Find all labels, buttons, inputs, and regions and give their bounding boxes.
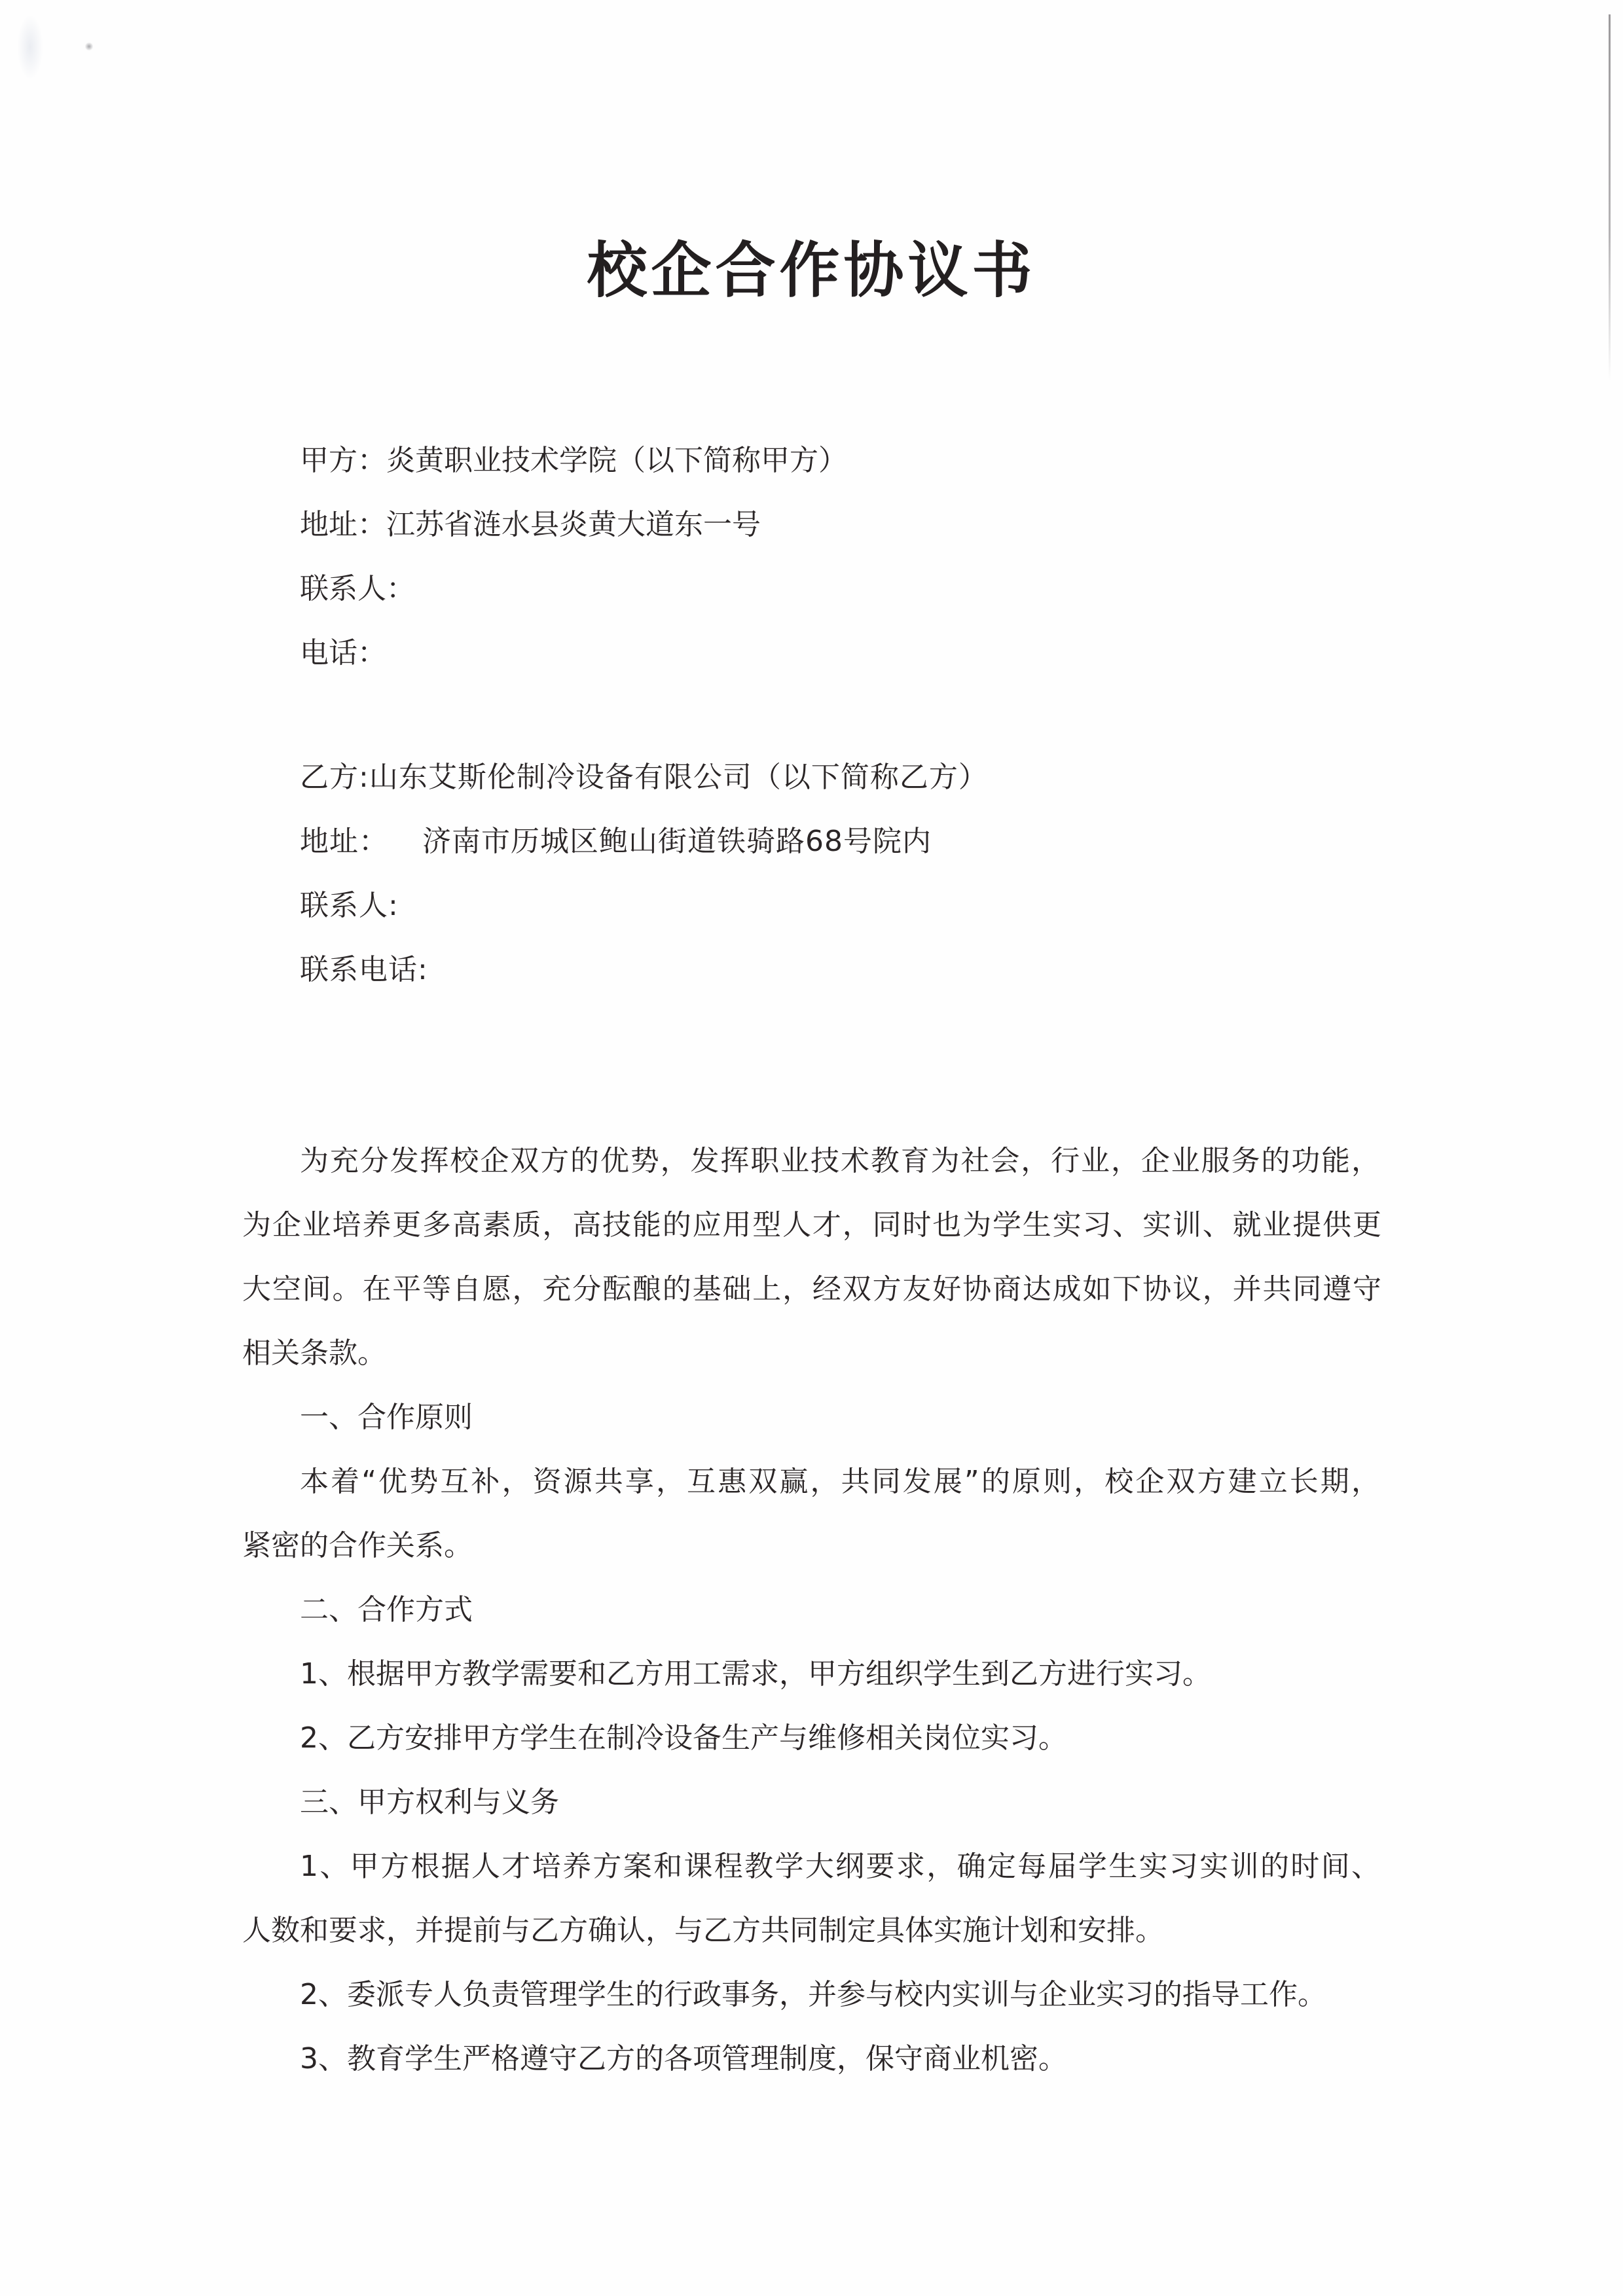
party-a-name-label: 甲方： xyxy=(300,444,386,477)
party-b-name-line: 乙方:山东艾斯伦制冷设备有限公司（以下简称乙方） xyxy=(300,763,988,792)
preamble-line-3: 大空间。在平等自愿，充分酝酿的基础上，经双方友好协商达成如下协议，并共同遵守 xyxy=(242,1275,1381,1308)
section-3-heading: 三、甲方权利与义务 xyxy=(300,1788,559,1817)
section-2-heading: 二、合作方式 xyxy=(300,1596,473,1624)
scan-edge-artifact xyxy=(1609,14,1611,381)
party-b-contact-line: 联系人: xyxy=(300,891,399,920)
section-2-item-1: 1、根据甲方教学需要和乙方用工需求，甲方组织学生到乙方进行实习。 xyxy=(300,1660,1211,1689)
party-a-contact-line: 联系人： xyxy=(300,575,415,603)
section-1-line-2: 紧密的合作关系。 xyxy=(242,1532,473,1560)
party-b-phone-line: 联系电话: xyxy=(300,956,428,984)
section-3-item-3: 3、教育学生严格遵守乙方的各项管理制度，保守商业机密。 xyxy=(300,2045,1067,2073)
party-b-contact-label: 联系人: xyxy=(300,889,399,922)
preamble-line-1: 为充分发挥校企双方的优势，发挥职业技术教育为社会，行业，企业服务的功能， xyxy=(300,1147,1380,1179)
party-a-name-value: 炎黄职业技术学院（以下简称甲方） xyxy=(386,444,847,477)
party-a-phone-label: 电话： xyxy=(300,636,386,670)
party-a-address-value: 江苏省涟水县炎黄大道东一号 xyxy=(386,508,761,541)
section-1-heading: 一、合作原则 xyxy=(300,1403,473,1432)
party-a-phone-line: 电话： xyxy=(300,639,386,668)
section-1-line-1: 本着“优势互补，资源共享，互惠双赢，共同发展”的原则，校企双方建立长期， xyxy=(300,1467,1380,1500)
scan-smudge-artifact xyxy=(17,14,43,80)
document-title: 校企合作协议书 xyxy=(0,241,1623,301)
party-b-address-line: 地址：济南市历城区鲍山街道铁骑路68号院内 xyxy=(300,827,932,856)
scan-speck-artifact xyxy=(85,42,93,51)
document-page: 校企合作协议书 甲方：炎黄职业技术学院（以下简称甲方） 地址：江苏省涟水县炎黄大… xyxy=(0,0,1623,2296)
section-3-item-2: 2、委派专人负责管理学生的行政事务，并参与校内实训与企业实习的指导工作。 xyxy=(300,1981,1326,2009)
party-b-name-value: 山东艾斯伦制冷设备有限公司（以下简称乙方） xyxy=(369,761,988,794)
preamble-line-4: 相关条款。 xyxy=(242,1339,386,1368)
party-a-address-label: 地址： xyxy=(300,508,386,541)
party-a-contact-label: 联系人： xyxy=(300,572,415,605)
party-b-address-label: 地址： xyxy=(300,825,388,858)
party-b-address-value: 济南市历城区鲍山街道铁骑路68号院内 xyxy=(422,825,932,858)
party-a-name-line: 甲方：炎黄职业技术学院（以下简称甲方） xyxy=(300,446,847,475)
party-a-address-line: 地址：江苏省涟水县炎黄大道东一号 xyxy=(300,511,761,539)
section-2-item-2: 2、乙方安排甲方学生在制冷设备生产与维修相关岗位实习。 xyxy=(300,1724,1067,1753)
section-3-item-1-line-1: 1、甲方根据人才培养方案和课程教学大纲要求，确定每届学生实习实训的时间、 xyxy=(300,1852,1380,1885)
party-b-phone-label: 联系电话: xyxy=(300,953,428,986)
section-3-item-1-line-2: 人数和要求，并提前与乙方确认，与乙方共同制定具体实施计划和安排。 xyxy=(242,1916,1164,1945)
party-b-name-label: 乙方: xyxy=(300,761,369,794)
preamble-line-2: 为企业培养更多高素质，高技能的应用型人才，同时也为学生实习、实训、就业提供更 xyxy=(242,1211,1381,1244)
